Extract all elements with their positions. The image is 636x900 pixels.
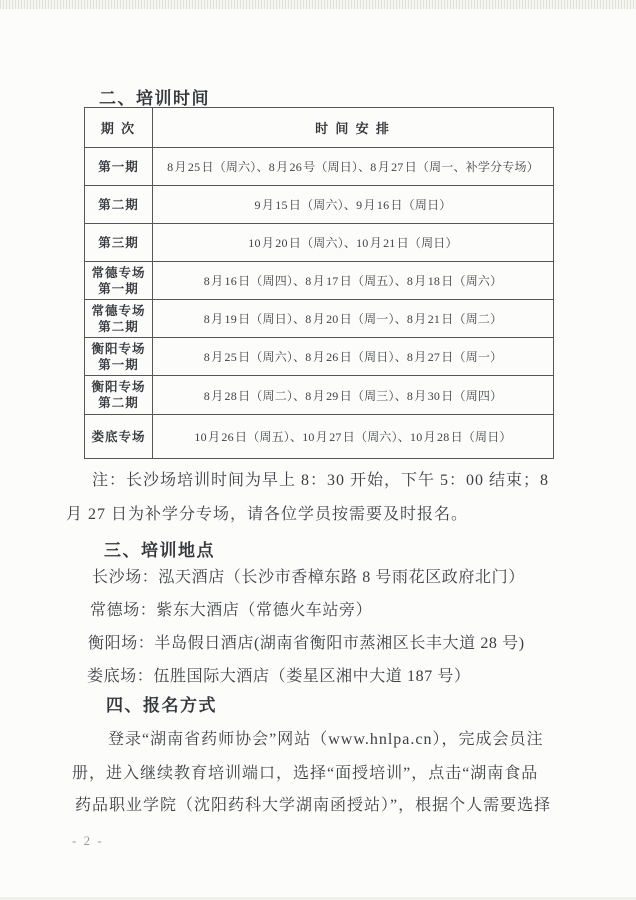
section-heading-registration: 四、报名方式 (106, 691, 217, 716)
schedule-cell: 8 月 19 日（周日）、8 月 20 日（周一）、8 月 21 日（周二） (153, 300, 554, 338)
training-time-table: 期 次 时 间 安 排 第一期 8 月 25 日（周六）、8 月 26 号（周日… (84, 107, 554, 459)
scan-edge-texture (0, 0, 636, 9)
period-label-line2: 第二期 (98, 320, 139, 334)
period-label-line2: 第一期 (98, 282, 139, 296)
table-row: 第二期 9 月 15 日（周六）、9 月 16 日（周日） (85, 186, 554, 224)
period-label-line1: 衡阳专场 (91, 342, 145, 356)
training-time-table-wrapper: 期 次 时 间 安 排 第一期 8 月 25 日（周六）、8 月 26 号（周日… (84, 107, 554, 459)
period-label: 娄底专场 (91, 430, 145, 444)
registration-line-1: 登录“湖南省药师协会”网站（www.hnlpa.cn），完成会员注 (76, 726, 543, 749)
period-label: 第三期 (98, 236, 139, 250)
period-cell: 第一期 (85, 148, 153, 186)
scanned-document-page: 二、培训时间 期 次 时 间 安 排 第一期 8 月 25 日（周六）、8 月 … (0, 0, 636, 900)
period-label-line2: 第二期 (98, 396, 139, 410)
period-label-line1: 常德专场 (91, 304, 145, 318)
section-heading-training-time: 二、培训时间 (99, 84, 210, 109)
period-label-line1: 衡阳专场 (91, 380, 145, 394)
registration-line-3: 药品职业学院（沈阳药科大学湖南函授站）”，根据个人需要选择 (75, 792, 551, 815)
venue-line-changsha: 长沙场：泓天酒店（长沙市香樟东路 8 号雨花区政府北门） (92, 564, 525, 587)
table-header-period: 期 次 (85, 108, 153, 148)
page-number: - 2 - (72, 833, 104, 849)
table-header-row: 期 次 时 间 安 排 (85, 108, 554, 148)
note-line-1: 注：长沙场培训时间为早上 8：30 开始，下午 5：00 结束；8 (70, 467, 549, 490)
note-line-2: 月 27 日为补学分专场，请各位学员按需要及时报名。 (66, 501, 468, 524)
period-label: 第一期 (98, 160, 139, 174)
table-row: 衡阳专场 第一期 8 月 25 日（周六）、8 月 26 日（周日）、8 月 2… (85, 338, 554, 376)
table-row: 娄底专场 10 月 26 日（周五）、10 月 27 日（周六）、10 月 28… (85, 415, 554, 459)
venue-line-hengyang: 衡阳场：半岛假日酒店(湖南省衡阳市蒸湘区长丰大道 28 号) (88, 630, 525, 653)
registration-line-2: 册，进入继续教育培训端口，选择“面授培训”，点击“湖南食品 (72, 760, 538, 783)
venue-line-changde: 常德场：紫东大酒店（常德火车站旁） (90, 597, 372, 620)
schedule-cell: 8 月 28 日（周二）、8 月 29 日（周三）、8 月 30 日（周四） (153, 376, 554, 415)
schedule-cell: 8 月 25 日（周六）、8 月 26 日（周日）、8 月 27 日（周一） (153, 338, 554, 376)
period-label-line1: 常德专场 (91, 266, 145, 280)
schedule-cell: 10 月 26 日（周五）、10 月 27 日（周六）、10 月 28 日（周日… (153, 415, 554, 459)
table-row: 第一期 8 月 25 日（周六）、8 月 26 号（周日）、8 月 27 日（周… (85, 148, 554, 186)
period-cell: 常德专场 第一期 (85, 262, 153, 300)
venue-line-loudi: 娄底场：伍胜国际大酒店（娄星区湘中大道 187 号） (87, 663, 471, 686)
table-row: 衡阳专场 第二期 8 月 28 日（周二）、8 月 29 日（周三）、8 月 3… (85, 376, 554, 415)
period-label-line2: 第一期 (98, 358, 139, 372)
table-header-schedule: 时 间 安 排 (153, 108, 554, 148)
schedule-cell: 10 月 20 日（周六）、10 月 21 日（周日） (153, 224, 554, 262)
section-heading-training-location: 三、培训地点 (104, 536, 215, 561)
period-cell: 第二期 (85, 186, 153, 224)
period-cell: 常德专场 第二期 (85, 300, 153, 338)
table-row: 常德专场 第一期 8 月 16 日（周四）、8 月 17 日（周五）、8 月 1… (85, 262, 554, 300)
schedule-cell: 9 月 15 日（周六）、9 月 16 日（周日） (153, 186, 554, 224)
period-cell: 第三期 (85, 224, 153, 262)
table-row: 常德专场 第二期 8 月 19 日（周日）、8 月 20 日（周一）、8 月 2… (85, 300, 554, 338)
schedule-cell: 8 月 25 日（周六）、8 月 26 号（周日）、8 月 27 日（周一、补学… (153, 148, 554, 186)
period-cell: 衡阳专场 第二期 (85, 376, 153, 415)
table-row: 第三期 10 月 20 日（周六）、10 月 21 日（周日） (85, 224, 554, 262)
period-cell: 娄底专场 (85, 415, 153, 459)
period-cell: 衡阳专场 第一期 (85, 338, 153, 376)
schedule-cell: 8 月 16 日（周四）、8 月 17 日（周五）、8 月 18 日（周六） (153, 262, 554, 300)
period-label: 第二期 (98, 198, 139, 212)
